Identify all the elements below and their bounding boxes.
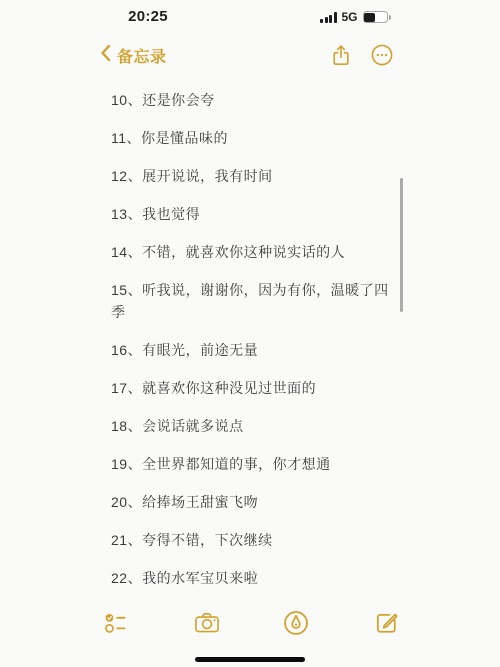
nav-bar: 备忘录 [0, 40, 500, 72]
status-time: 20:25 [118, 8, 178, 25]
network-type-label: 5G [342, 10, 358, 24]
status-icons: 5G [320, 9, 398, 25]
cellular-signal-icon [320, 12, 337, 23]
note-line: 14、不错，就喜欢你这种说实话的人 [111, 241, 392, 263]
note-line: 19、全世界都知道的事，你才想通 [111, 453, 392, 475]
compose-icon[interactable] [372, 609, 400, 637]
chevron-left-icon [100, 44, 111, 67]
markup-pen-icon[interactable] [282, 609, 310, 637]
note-line: 13、我也觉得 [111, 203, 392, 225]
note-body[interactable]: 10、还是你会夸 11、你是懂品味的 12、展开说说，我有时间 13、我也觉得 … [111, 89, 392, 605]
back-label: 备忘录 [117, 44, 167, 67]
note-line: 12、展开说说，我有时间 [111, 165, 392, 187]
camera-icon[interactable] [193, 609, 221, 637]
note-line: 16、有眼光，前途无量 [111, 339, 392, 361]
ellipsis-circle-icon[interactable] [370, 43, 394, 67]
home-indicator[interactable] [195, 657, 305, 662]
bottom-toolbar [0, 608, 500, 638]
note-line: 20、给捧场王甜蜜飞吻 [111, 491, 392, 513]
scrollbar-thumb[interactable] [400, 178, 403, 312]
checklist-icon[interactable] [103, 609, 131, 637]
notes-app-screen: 20:25 5G 备忘录 [0, 0, 500, 667]
back-button[interactable]: 备忘录 [100, 44, 167, 67]
note-line: 15、听我说，谢谢你，因为有你，温暖了四季 [111, 279, 392, 323]
note-line: 18、会说话就多说点 [111, 415, 392, 437]
note-line: 10、还是你会夸 [111, 89, 392, 111]
battery-icon [363, 11, 388, 23]
note-line: 17、就喜欢你这种没见过世面的 [111, 377, 392, 399]
note-line: 22、我的水军宝贝来啦 [111, 567, 392, 589]
note-line: 21、夸得不错，下次继续 [111, 529, 392, 551]
status-bar: 20:25 5G [0, 0, 500, 34]
share-icon[interactable] [329, 43, 353, 67]
note-line: 11、你是懂品味的 [111, 127, 392, 149]
